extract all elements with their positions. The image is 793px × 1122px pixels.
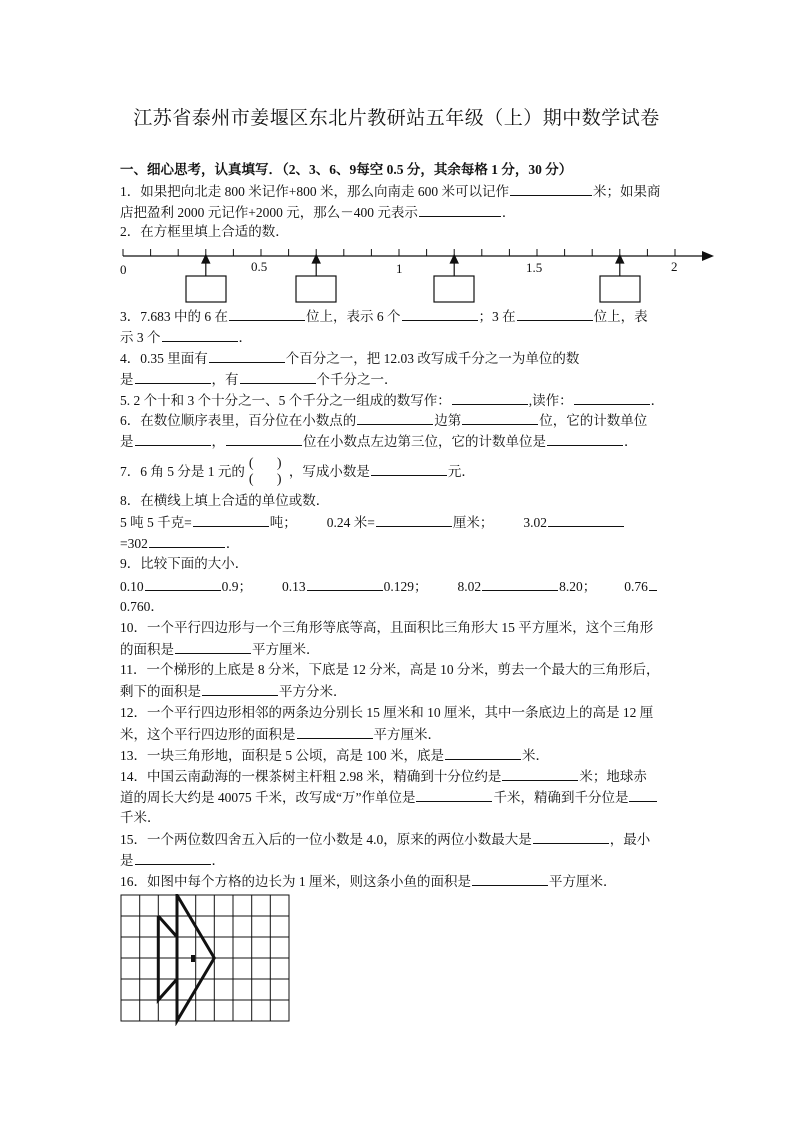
label-1: 1 <box>396 261 403 276</box>
q9-answer-blank-4[interactable] <box>649 576 657 591</box>
q8-text-b: 吨； <box>270 515 297 530</box>
q14-answer-blank-2[interactable] <box>416 787 492 802</box>
q10-answer-blank[interactable] <box>175 639 251 654</box>
q16-text-b: 平方厘米． <box>549 874 617 889</box>
q9-left-2: 0.13 <box>282 579 306 594</box>
q3-answer-blank-3[interactable] <box>517 306 593 321</box>
q15-text-a: 15．一个两位数四舍五入后的一位小数是 4.0，原来的两位小数最大是 <box>120 832 532 847</box>
q6-text-b: 边第 <box>434 413 461 428</box>
question-14-line-1: 14．中国云南勐海的一棵茶树主杆粗 2.98 米，精确到十分位约是米；地球赤 <box>120 766 647 787</box>
q7-fraction-blank[interactable]: ()() <box>247 456 287 490</box>
question-1-line-2: 店把盈利 2000 元记作+2000 元，那么－400 元表示． <box>120 202 515 223</box>
q3-text-e: 示 3 个 <box>120 330 161 345</box>
label-2: 2 <box>671 259 678 274</box>
q5-text-b: ,读作： <box>529 393 573 408</box>
q4-answer-blank-3[interactable] <box>240 369 316 384</box>
q3-text-f: ． <box>239 330 253 345</box>
q11-text-b: 剩下的面积是 <box>120 684 201 699</box>
question-12-line-1: 12．一个平行四边形相邻的两条边分别长 15 厘米和 10 厘米，其中一条底边上… <box>120 703 653 723</box>
question-13: 13．一块三角形地，面积是 5 公顷，高是 100 米，底是米． <box>120 745 549 766</box>
question-1-line-1: 1．如果把向北走 800 米记作+800 米，那么向南走 600 米可以记作米；… <box>120 181 661 202</box>
fish-eye-icon <box>191 955 195 962</box>
q9-right-1: 0.9； <box>222 579 252 594</box>
q9-answer-blank-3[interactable] <box>482 576 558 591</box>
axis-arrow-icon <box>702 251 714 261</box>
q3-text-c: ；3 在 <box>479 309 516 324</box>
q13-answer-blank[interactable] <box>445 745 521 760</box>
question-14-line-2: 道的周长大约是 40075 千米，改写成“万”作单位是千米，精确到千分位是 <box>120 787 658 808</box>
q14-text-a: 14．中国云南勐海的一棵茶树主杆粗 2.98 米，精确到十分位约是 <box>120 769 501 784</box>
question-10-line-1: 10．一个平行四边形与一个三角形等底等高，且面积比三角形大 15 平方厘米，这个… <box>120 618 653 638</box>
q3-text-b: 位上，表示 6 个 <box>306 309 401 324</box>
question-15-line-2: 是． <box>120 850 225 871</box>
question-4-line-1: 4．0.35 里面有个百分之一，把 12.03 改写成千分之一为单位的数 <box>120 348 579 369</box>
q8-answer-blank-1[interactable] <box>193 512 269 527</box>
question-3-line-1: 3．7.683 中的 6 在位上，表示 6 个；3 在位上，表 <box>120 306 648 327</box>
question-15-line-1: 15．一个两位数四舍五入后的一位小数是 4.0，原来的两位小数最大是，最小 <box>120 829 650 850</box>
grid-lines <box>121 895 289 1021</box>
q8-text-e: 3.02 <box>523 515 547 530</box>
question-6-line-2: 是，位在小数点左边第三位，它的计数单位是． <box>120 431 638 452</box>
q8-text-c: 0.24 米= <box>327 515 375 530</box>
q15-text-b: ，最小 <box>610 832 651 847</box>
label-1-5: 1.5 <box>526 260 542 275</box>
question-7: 7．6 角 5 分是 1 元的()()，写成小数是元． <box>120 455 475 490</box>
q15-answer-blank-2[interactable] <box>135 850 211 865</box>
q5-answer-blank-1[interactable] <box>452 390 528 405</box>
q1-text-c: 店把盈利 2000 元记作+2000 元，那么－400 元表示 <box>120 205 418 220</box>
question-16: 16．如图中每个方格的边长为 1 厘米，则这条小鱼的面积是平方厘米． <box>120 871 617 892</box>
q7-answer-blank[interactable] <box>371 461 447 476</box>
q15-text-c: 是 <box>120 853 134 868</box>
q6-text-a: 6．在数位顺序表里，百分位在小数点的 <box>120 413 356 428</box>
q14-text-c: 道的周长大约是 40075 千米，改写成“万”作单位是 <box>120 790 415 805</box>
q4-text-d: ，有 <box>212 372 239 387</box>
q4-text-b: 个百分之一，把 12.03 改写成千分之一为单位的数 <box>286 351 580 366</box>
q8-answer-blank-3[interactable] <box>548 512 624 527</box>
q16-answer-blank[interactable] <box>472 871 548 886</box>
q3-text-a: 3．7.683 中的 6 在 <box>120 309 228 324</box>
q4-text-e: 个千分之一． <box>317 372 398 387</box>
q16-text-a: 16．如图中每个方格的边长为 1 厘米，则这条小鱼的面积是 <box>120 874 471 889</box>
q15-text-d: ． <box>212 853 226 868</box>
q1-text-d: ． <box>502 205 516 220</box>
q10-text-b: 的面积是 <box>120 642 174 657</box>
q9-answer-blank-2[interactable] <box>307 576 383 591</box>
q12-answer-blank[interactable] <box>297 724 373 739</box>
q6-answer-blank-2[interactable] <box>462 410 538 425</box>
q8-text-a: 5 吨 5 千克= <box>120 515 192 530</box>
question-5: 5. 2 个十和 3 个十分之一、5 个千分之一组成的数写作：,读作：． <box>120 390 664 411</box>
q1-answer-blank-1[interactable] <box>510 181 592 196</box>
q5-text-a: 5. 2 个十和 3 个十分之一、5 个千分之一组成的数写作： <box>120 393 451 408</box>
question-4-line-2: 是，有个千分之一． <box>120 369 398 390</box>
q3-text-d: 位上，表 <box>594 309 648 324</box>
question-8-text: 8．在横线上填上合适的单位或数． <box>120 491 329 511</box>
question-14-line-3: 千米． <box>120 808 161 828</box>
q13-text-a: 13．一块三角形地，面积是 5 公顷，高是 100 米，底是 <box>120 748 444 763</box>
question-9-comparisons: 0.100.9；0.130.129；8.028.20；0.76 <box>120 576 658 597</box>
q12-text-c: 平方厘米． <box>374 727 442 742</box>
q5-answer-blank-2[interactable] <box>574 390 650 405</box>
q8-text-f: =302 <box>120 536 148 551</box>
answer-box-2[interactable] <box>296 276 336 302</box>
exam-title: 江苏省泰州市姜堰区东北片教研站五年级（上）期中数学试卷 <box>0 103 793 130</box>
q14-text-b: 米；地球赤 <box>579 769 647 784</box>
q9-left-1: 0.10 <box>120 579 144 594</box>
q4-text-a: 4．0.35 里面有 <box>120 351 208 366</box>
q9-left-4: 0.76 <box>624 579 648 594</box>
q1-text-a: 1．如果把向北走 800 米记作+800 米，那么向南走 600 米可以记作 <box>120 184 509 199</box>
q6-text-f: 位在小数点左边第三位，它的计数单位是 <box>303 434 546 449</box>
q6-answer-blank-4[interactable] <box>226 431 302 446</box>
q14-answer-blank-3[interactable] <box>629 787 657 802</box>
q12-text-b: 米，这个平行四边形的面积是 <box>120 727 296 742</box>
q6-text-g: ． <box>624 434 638 449</box>
q4-text-c: 是 <box>120 372 134 387</box>
label-0-5: 0.5 <box>251 259 267 274</box>
q3-answer-blank-2[interactable] <box>402 306 478 321</box>
q9-left-3: 8.02 <box>458 579 482 594</box>
q9-answer-blank-1[interactable] <box>145 576 221 591</box>
fish-grid-figure <box>120 894 292 1026</box>
q1-answer-blank-2[interactable] <box>419 202 501 217</box>
q5-text-c: ． <box>651 393 665 408</box>
q6-answer-blank-1[interactable] <box>357 410 433 425</box>
question-2-text: 2．在方框里填上合适的数． <box>120 222 289 242</box>
question-11-line-1: 11．一个梯形的上底是 8 分米，下底是 12 分米，高是 10 分米，剪去一个… <box>120 660 660 680</box>
q14-text-d: 千米，精确到千分位是 <box>493 790 628 805</box>
q6-answer-blank-5[interactable] <box>547 431 623 446</box>
q8-text-g: ． <box>226 536 240 551</box>
question-8-line-2: =302． <box>120 533 239 554</box>
number-line-figure: 0 0.5 1 1.5 2 <box>118 244 718 304</box>
number-line-axis <box>123 251 714 261</box>
q11-answer-blank[interactable] <box>202 681 278 696</box>
q6-text-e: ， <box>212 434 226 449</box>
question-11-line-2: 剩下的面积是平方分米． <box>120 681 347 702</box>
question-6-line-1: 6．在数位顺序表里，百分位在小数点的边第位，它的计数单位 <box>120 410 647 431</box>
question-3-line-2: 示 3 个． <box>120 327 252 348</box>
answer-box-4[interactable] <box>600 276 640 302</box>
question-12-line-2: 米，这个平行四边形的面积是平方厘米． <box>120 724 441 745</box>
question-9-text: 9．比较下面的大小． <box>120 554 248 574</box>
q9-right-2: 0.129； <box>384 579 428 594</box>
question-10-line-2: 的面积是平方厘米． <box>120 639 320 660</box>
q7-text-b: ，写成小数是 <box>289 464 370 479</box>
answer-box-1[interactable] <box>186 276 226 302</box>
q8-answer-blank-4[interactable] <box>149 533 225 548</box>
question-9-wrap: 0.760． <box>120 597 164 617</box>
q7-text-a: 7．6 角 5 分是 1 元的 <box>120 464 245 479</box>
question-8-line-1: 5 吨 5 千克=吨；0.24 米=厘米；3.02 <box>120 512 625 533</box>
q6-answer-blank-3[interactable] <box>135 431 211 446</box>
q4-answer-blank-1[interactable] <box>209 348 285 363</box>
q3-answer-blank-1[interactable] <box>229 306 305 321</box>
q15-answer-blank-1[interactable] <box>533 829 609 844</box>
q6-text-c: 位，它的计数单位 <box>539 413 647 428</box>
answer-box-3[interactable] <box>434 276 474 302</box>
q11-text-c: 平方分米． <box>279 684 347 699</box>
q13-text-b: 米． <box>522 748 549 763</box>
q3-answer-blank-4[interactable] <box>162 327 238 342</box>
q9-right-3: 8.20； <box>559 579 596 594</box>
q10-text-c: 平方厘米． <box>252 642 320 657</box>
q8-answer-blank-2[interactable] <box>376 512 452 527</box>
q4-answer-blank-2[interactable] <box>135 369 211 384</box>
q6-text-d: 是 <box>120 434 134 449</box>
q7-text-c: 元． <box>448 464 475 479</box>
q8-text-d: 厘米； <box>453 515 494 530</box>
label-0: 0 <box>120 262 127 277</box>
q14-answer-blank-1[interactable] <box>502 766 578 781</box>
section-1-heading: 一、细心思考，认真填写．（2、3、6、9每空 0.5 分，其余每格 1 分，30… <box>120 160 572 180</box>
q1-text-b: 米；如果商 <box>593 184 661 199</box>
